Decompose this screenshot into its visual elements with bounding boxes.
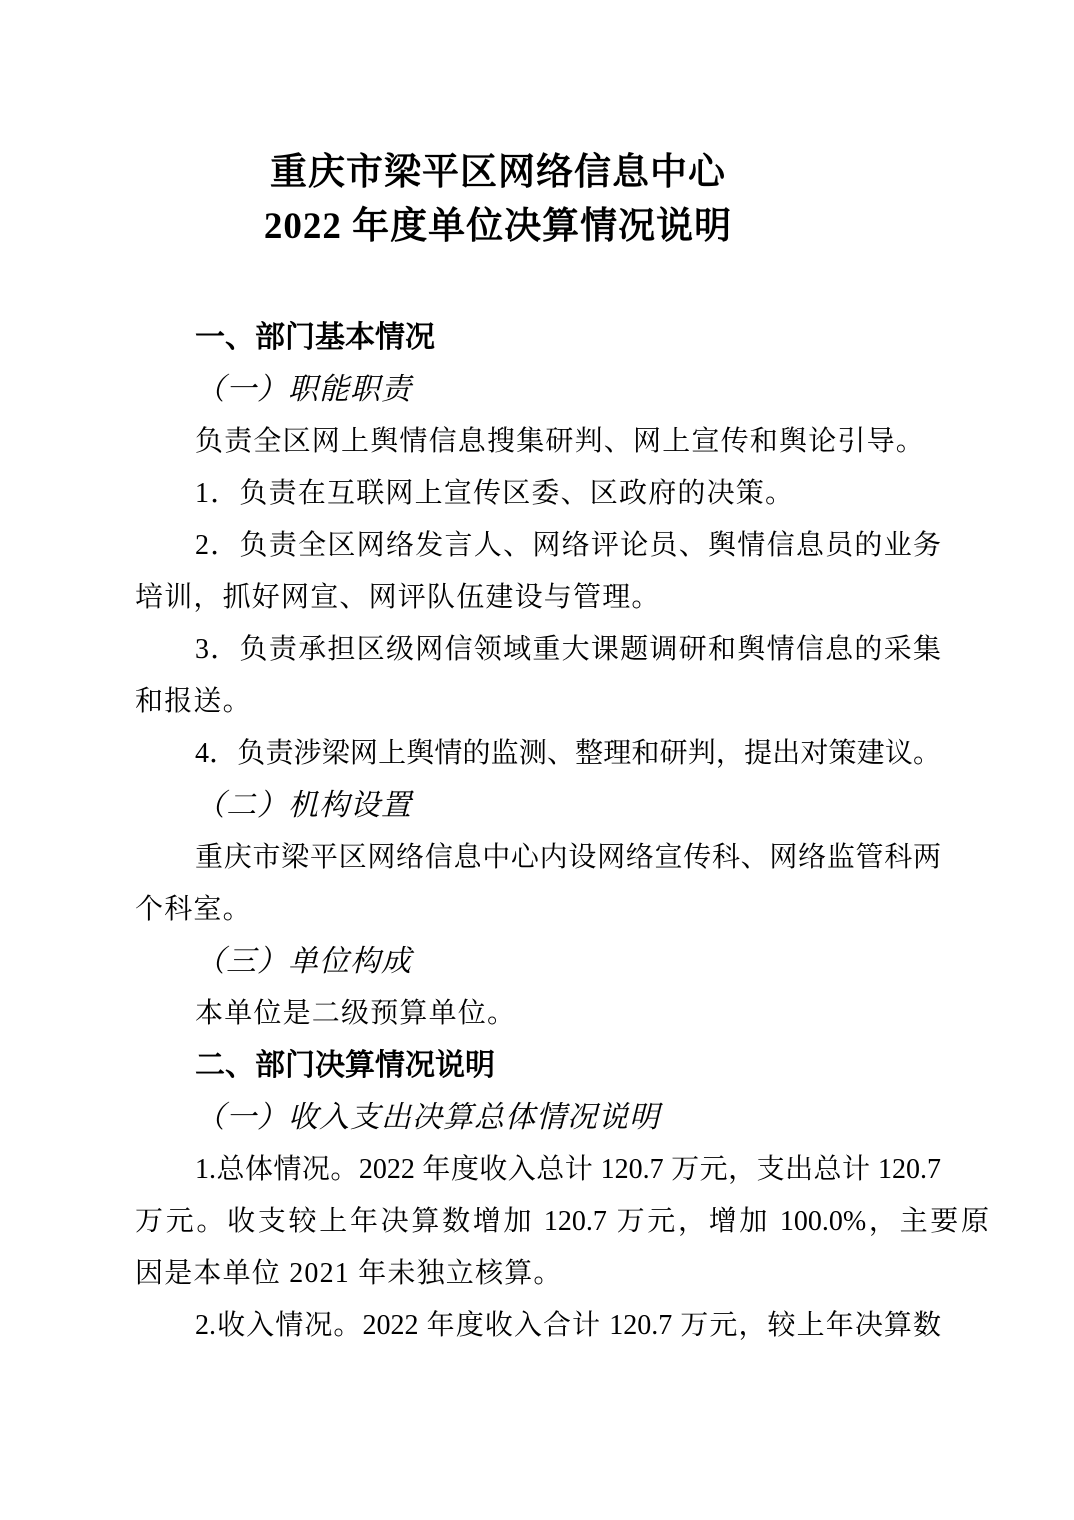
subheading-1-1-duties: （一）职能职责 bbox=[135, 364, 941, 416]
paragraph-duties-intro: 负责全区网上舆情信息搜集研判、网上宣传和舆论引导。 bbox=[135, 416, 941, 468]
paragraph-overview-line-1: 1.总体情况。2022 年度收入总计 120.7 万元，支出总计 120.7 bbox=[135, 1144, 941, 1196]
paragraph-income-line-1: 2.收入情况。2022 年度收入合计 120.7 万元，较上年决算数 bbox=[135, 1300, 941, 1352]
heading-section-2: 二、部门决算情况说明 bbox=[135, 1040, 941, 1092]
paragraph-duty-item-1: 1．负责在互联网上宣传区委、区政府的决策。 bbox=[135, 468, 941, 520]
paragraph-duty-item-2-line-2: 培训，抓好网宣、网评队伍建设与管理。 bbox=[135, 572, 941, 624]
heading-section-1: 一、部门基本情况 bbox=[135, 312, 941, 364]
document-body: 一、部门基本情况 （一）职能职责 负责全区网上舆情信息搜集研判、网上宣传和舆论引… bbox=[135, 312, 941, 1352]
document-title: 重庆市梁平区网络信息中心 2022 年度单位决算情况说明 bbox=[135, 146, 861, 254]
paragraph-overview-line-2: 万元。收支较上年决算数增加 120.7 万元，增加 100.0%，主要原 bbox=[135, 1196, 989, 1248]
paragraph-duty-item-2-line-1: 2．负责全区网络发言人、网络评论员、舆情信息员的业务 bbox=[135, 520, 941, 572]
paragraph-organization-line-2: 个科室。 bbox=[135, 884, 941, 936]
document-title-line-1: 重庆市梁平区网络信息中心 bbox=[135, 146, 861, 200]
paragraph-duty-item-4: 4．负责涉梁网上舆情的监测、整理和研判，提出对策建议。 bbox=[135, 728, 941, 780]
paragraph-organization-line-1: 重庆市梁平区网络信息中心内设网络宣传科、网络监管科两 bbox=[135, 832, 941, 884]
paragraph-unit-makeup: 本单位是二级预算单位。 bbox=[135, 988, 941, 1040]
subheading-1-3-unit-makeup: （三）单位构成 bbox=[135, 936, 941, 988]
subheading-2-1-overview: （一）收入支出决算总体情况说明 bbox=[135, 1092, 941, 1144]
document-title-line-2: 2022 年度单位决算情况说明 bbox=[135, 200, 861, 254]
subheading-1-2-organization: （二）机构设置 bbox=[135, 780, 941, 832]
document-page: 重庆市梁平区网络信息中心 2022 年度单位决算情况说明 一、部门基本情况 （一… bbox=[0, 0, 1074, 1520]
paragraph-duty-item-3-line-2: 和报送。 bbox=[135, 676, 941, 728]
paragraph-duty-item-3-line-1: 3．负责承担区级网信领域重大课题调研和舆情信息的采集 bbox=[135, 624, 941, 676]
paragraph-overview-line-3: 因是本单位 2021 年未独立核算。 bbox=[135, 1248, 941, 1300]
